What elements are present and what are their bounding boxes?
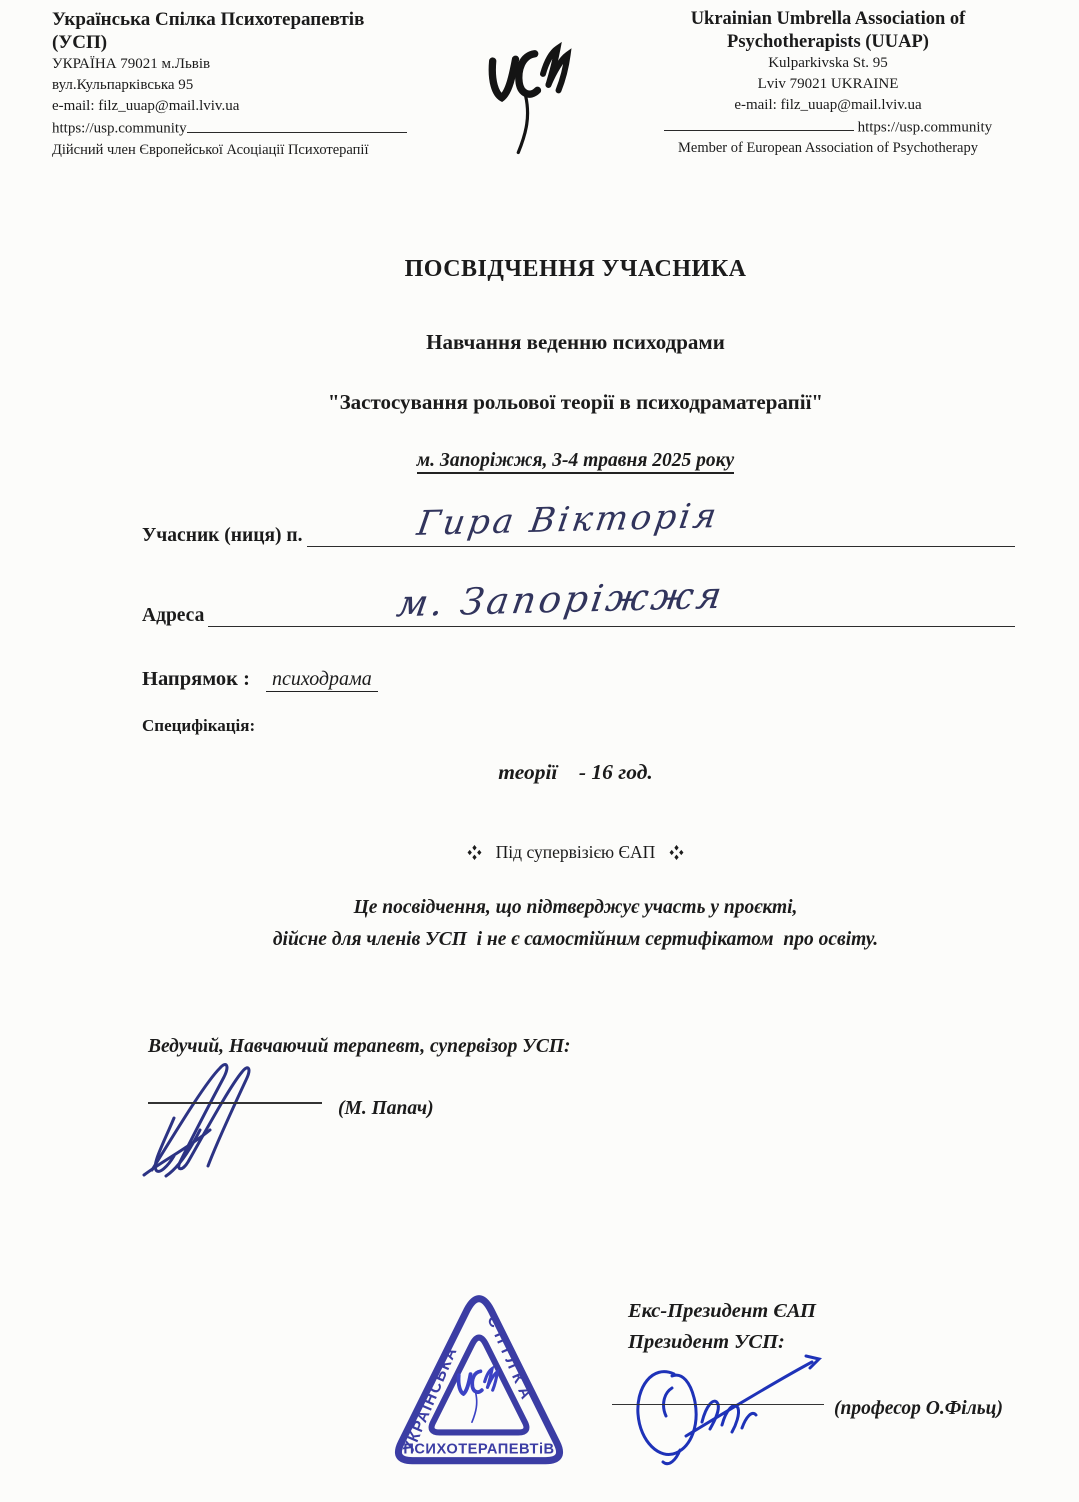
organization-stamp: УКРАЇНСЬКА СПІЛКА ПСИХОТЕРАПЕВТіВ [378, 1280, 580, 1494]
usp-monogram-icon [476, 30, 588, 158]
svg-text:УКРАЇНСЬКА: УКРАЇНСЬКА [400, 1344, 461, 1455]
stamp-text-left: УКРАЇНСЬКА [400, 1344, 461, 1455]
org-email-ua: e-mail: filz_uuap@mail.lviv.ua [52, 96, 444, 117]
address-label: Адреса [142, 605, 204, 627]
certificate-page: Українська Спілка Психотерапевтів (УСП) … [0, 0, 1079, 1502]
header-left-block: Українська Спілка Психотерапевтів (УСП) … [52, 8, 444, 163]
location-date: м. Запоріжжя, 3-4 травня 2025 року [0, 450, 1079, 472]
leader-name: (М. Папач) [338, 1098, 434, 1120]
leader-signature-line [148, 1102, 322, 1104]
stamp-monogram-icon [459, 1368, 498, 1422]
blank-line [664, 116, 854, 131]
supervision-note-row: Під супервізією ЄАП [0, 842, 1079, 865]
president-signature-line [612, 1404, 824, 1405]
header-logo-block [444, 8, 619, 163]
org-membership-en: Member of European Association of Psycho… [629, 138, 1027, 160]
direction-field-row: Напрямок :психодрама [142, 668, 378, 691]
disclaimer: Це посвідчення, що підтверджує участь у … [0, 892, 1079, 955]
org-website-en: https://usp.community [858, 119, 993, 135]
blank-line [187, 117, 407, 132]
supervision-note: Під супервізією ЄАП [496, 842, 656, 863]
disclaimer-line-2: дійсне для членів УСП і не є самостійним… [72, 924, 1079, 956]
org-address-ua-2: вул.Кульпарківська 95 [52, 75, 444, 96]
org-name-en: Ukrainian Umbrella Association of Psycho… [629, 8, 1027, 53]
training-subtitle: Навчання веденню психодрами [0, 330, 1079, 355]
participant-handwritten-name: Гира Вікторія [414, 496, 722, 544]
participant-label: Учасник (ниця) п. [142, 525, 303, 547]
org-abbr-ua: (УСП) [52, 31, 444, 54]
specification-label: Специфікація: [142, 716, 255, 736]
org-website-ua: https://usp.community [52, 121, 187, 137]
direction-label: Напрямок : [142, 668, 250, 690]
header-right-block: Ukrainian Umbrella Association of Psycho… [629, 8, 1027, 163]
president-title-line-1: Екс-Президент ЄАП [628, 1296, 816, 1327]
org-website-ua-line: https://usp.community [52, 117, 444, 139]
org-name-ua: Українська Спілка Психотерапевтів [52, 8, 444, 31]
certificate-title: ПОСВІДЧЕННЯ УЧАСНИКА [0, 256, 1079, 283]
disclaimer-line-1: Це посвідчення, що підтверджує участь у … [72, 892, 1079, 924]
header: Українська Спілка Психотерапевтів (УСП) … [52, 8, 1027, 163]
org-email-en: e-mail: filz_uuap@mail.lviv.ua [629, 95, 1027, 116]
org-membership-ua: Дійсний член Європейської Асоціації Псих… [52, 140, 444, 162]
president-name: (професор О.Фільц) [834, 1398, 1003, 1420]
leader-title: Ведучий, Навчаючий терапевт, супервізор … [148, 1036, 571, 1058]
course-title: "Застосування рольової теорії в психодра… [0, 390, 1079, 415]
specification-value: теорії - 16 год. [0, 760, 1079, 785]
org-address-en-2: Lviv 79021 UKRAINE [629, 74, 1027, 95]
diamond-ornament-icon [669, 845, 684, 860]
diamond-ornament-icon [467, 845, 482, 860]
address-handwritten-value: м. Запоріжжя [394, 574, 727, 626]
org-website-en-line: https://usp.community [629, 116, 1027, 138]
direction-value: психодрама [266, 668, 378, 692]
org-address-ua-1: УКРАЇНА 79021 м.Львів [52, 54, 444, 75]
leader-signature-ink [138, 1058, 353, 1178]
stamp-text-bottom: ПСИХОТЕРАПЕВТіВ [403, 1442, 554, 1458]
org-address-en-1: Kulparkivska St. 95 [629, 53, 1027, 74]
